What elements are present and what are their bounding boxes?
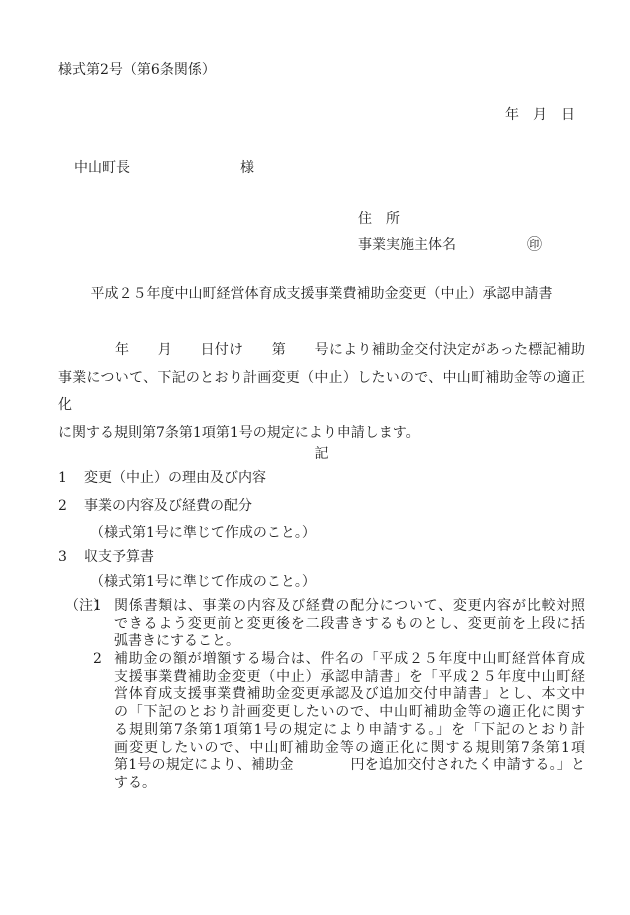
date-line: 年 月 日 xyxy=(505,105,575,125)
list-item-text: 事業の内容及び経費の配分 xyxy=(84,498,252,514)
body-paragraph: 年 月 日付け 第 号により補助金交付決定があった標記補助 事業について、下記の… xyxy=(58,337,585,447)
note-2-text: 補助金の額が増額する場合は、件名の「平成２５年度中山町経営体育成 支援事業費補助… xyxy=(114,651,585,793)
note-line: 画変更したいので、中山町補助金等の適正化に関する規則第7条第1項 xyxy=(114,740,585,758)
note-line: 補助金の額が増額する場合は、件名の「平成２５年度中山町経営体育成 xyxy=(114,651,585,669)
note-line: 営体育成支援事業費補助金変更承認及び追加交付申請書」とし、本文中 xyxy=(114,686,585,704)
entity-label: 事業実施主体名 xyxy=(358,237,456,253)
note-line: できるよう変更前と変更後を二段書きするものとし、変更前を上段に括 xyxy=(114,616,585,634)
note-2-number: 2 xyxy=(93,651,102,669)
note-line: 弧書きにすること。 xyxy=(114,633,585,651)
body-line: 事業について、下記のとおり計画変更（中止）したいので、中山町補助金等の適正化 xyxy=(58,365,585,420)
note-1-text: 関係書類は、事業の内容及び経費の配分について、変更内容が比較対照 できるよう変更… xyxy=(114,598,585,651)
entity-line: 事業実施主体名㊞ xyxy=(358,234,542,255)
note-line: する。 xyxy=(114,775,585,793)
document-title: 平成２５年度中山町経営体育成支援事業費補助金変更（中止）承認申請書 xyxy=(58,284,585,304)
recipient-name: 中山町長 xyxy=(74,160,130,176)
list-item-number: 1 xyxy=(58,468,84,488)
recipient-line: 中山町長様 xyxy=(74,158,254,178)
address-label: 住 所 xyxy=(358,209,400,229)
note-line: 支援事業費補助金変更（中止）承認申請書」を「平成２５年度中山町経 xyxy=(114,669,585,687)
list-item-text: 変更（中止）の理由及び内容 xyxy=(84,470,266,486)
list-item-1: 1変更（中止）の理由及び内容 xyxy=(58,468,266,488)
list-item-number: 3 xyxy=(58,547,84,567)
list-item-text: 収支予算書 xyxy=(84,549,154,565)
document-page: 様式第2号（第6条関係） 年 月 日 中山町長様 住 所 事業実施主体名㊞ 平成… xyxy=(0,0,630,915)
list-item-2-note: （様式第1号に準じて作成のこと。） xyxy=(90,523,316,543)
note-1-number: 1 xyxy=(93,598,102,616)
list-item-3: 3収支予算書 xyxy=(58,547,154,567)
form-number: 様式第2号（第6条関係） xyxy=(58,60,216,80)
note-line: る規則第7条第1項第1号の規定により申請する。」を「下記のとおり計 xyxy=(114,722,585,740)
note-line: 関係書類は、事業の内容及び経費の配分について、変更内容が比較対照 xyxy=(114,598,585,616)
body-line: 年 月 日付け 第 号により補助金交付決定があった標記補助 xyxy=(58,337,585,365)
note-line: の「下記のとおり計画変更したいので、中山町補助金等の適正化に関す xyxy=(114,704,585,722)
note-line: 第1号の規定により、補助金 円を追加交付されたく申請する。」と xyxy=(114,757,585,775)
list-item-number: 2 xyxy=(58,496,84,516)
list-item-2: 2事業の内容及び経費の配分 xyxy=(58,496,252,516)
section-marker: 記 xyxy=(58,444,585,464)
seal-icon: ㊞ xyxy=(527,235,542,253)
recipient-honorific: 様 xyxy=(240,160,254,176)
list-item-3-note: （様式第1号に準じて作成のこと。） xyxy=(90,572,316,592)
